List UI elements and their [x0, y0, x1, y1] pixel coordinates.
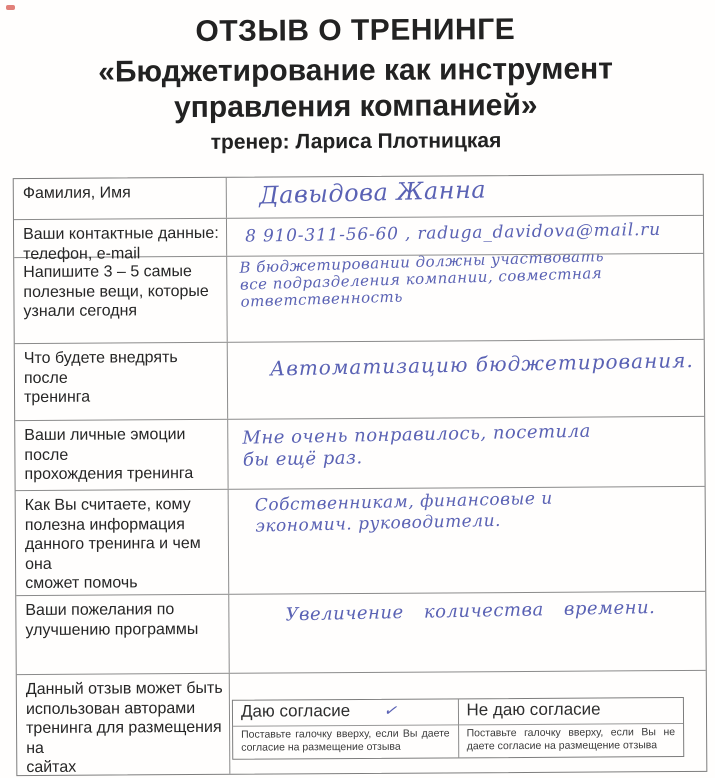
field-answer-cell-wishes: Увеличение количества времени. — [229, 592, 705, 673]
field-answer-cell-emotions: Мне очень понравилось, посетила бы ещё р… — [228, 417, 704, 489]
field-label-consent: Данный отзыв может быть использован авто… — [17, 674, 231, 775]
field-answer-cell-implement: Автоматизацию бюджетирования. — [228, 340, 704, 419]
consent-disagree-note: Поставьте галочку вверху, если Вы не дае… — [459, 724, 684, 758]
form-header: ОТЗЫВ О ТРЕНИНГЕ «Бюджетирование как инс… — [0, 0, 714, 156]
training-name-line2: управления компанией» — [0, 88, 713, 126]
consent-agree-header: Даю согласие ✓ — [233, 699, 458, 726]
field-answer-cell-audience: Собственникам, финансовые и экономич. ру… — [229, 487, 706, 594]
feedback-table: Фамилия, Имя Давыдова Жанна Ваши контакт… — [13, 174, 708, 776]
row-consent: Данный отзыв может быть использован авто… — [17, 671, 707, 775]
handwritten-audience: Собственникам, финансовые и экономич. ру… — [255, 487, 706, 538]
field-label-audience: Как Вы считаете, кому полезна информация… — [16, 490, 230, 595]
row-useful-things: Напишите 3 – 5 самые полезные вещи, кото… — [14, 254, 704, 344]
handwritten-useful-things: В бюджетировании должны участвовать все … — [239, 254, 703, 310]
row-surname: Фамилия, Имя Давыдова Жанна — [14, 175, 703, 220]
handwritten-wishes: Увеличение количества времени. — [285, 596, 705, 625]
field-label-useful-things: Напишите 3 – 5 самые полезные вещи, кото… — [14, 257, 228, 343]
row-audience: Как Вы считаете, кому полезна информация… — [16, 487, 706, 596]
handwritten-contacts: 8 910-311-56-60 , raduga_davidova@mail.r… — [245, 219, 703, 247]
field-label-wishes: Ваши пожелания по улучшению программы — [16, 595, 229, 674]
consent-agree-cell: Даю согласие ✓ Поставьте галочку вверху,… — [233, 699, 458, 759]
field-label-emotions: Ваши личные эмоции после прохождения тре… — [15, 420, 228, 490]
row-contacts: Ваши контактные данные: телефон, e-mail … — [14, 216, 703, 258]
field-answer-cell-consent: Даю согласие ✓ Поставьте галочку вверху,… — [230, 671, 707, 774]
handwritten-surname: Давыдова Жанна — [259, 175, 703, 210]
checkmark-icon: ✓ — [382, 700, 402, 720]
field-answer-cell-surname: Давыдова Жанна — [227, 175, 703, 218]
row-emotions: Ваши личные эмоции после прохождения тре… — [15, 417, 704, 491]
consent-agree-title: Даю согласие — [241, 701, 350, 721]
row-wishes: Ваши пожелания по улучшению программы Ув… — [16, 592, 705, 675]
consent-disagree-header: Не даю согласие — [458, 698, 683, 725]
row-implement: Что будете внедрять после тренинга Автом… — [15, 340, 704, 421]
field-answer-cell-contacts: 8 910-311-56-60 , raduga_davidova@mail.r… — [227, 216, 703, 256]
trainer-name: тренер: Лариса Плотницкая — [0, 128, 714, 156]
field-label-surname: Фамилия, Имя — [14, 178, 227, 219]
scanned-feedback-form: ОТЗЫВ О ТРЕНИНГЕ «Бюджетирование как инс… — [0, 0, 715, 778]
form-title: ОТЗЫВ О ТРЕНИНГЕ — [0, 12, 713, 50]
field-label-implement: Что будете внедрять после тренинга — [15, 343, 228, 420]
field-label-contacts: Ваши контактные данные: телефон, e-mail — [14, 219, 227, 257]
handwritten-implement: Автоматизацию бюджетирования. — [270, 348, 704, 381]
consent-agree-note: Поставьте галочку вверху, если Вы даете … — [233, 725, 458, 759]
training-name-line1: «Бюджетирование как инструмент — [0, 52, 713, 90]
field-answer-cell-useful-things: В бюджетировании должны участвовать все … — [227, 254, 704, 342]
handwritten-emotions: Мне очень понравилось, посетила бы ещё р… — [242, 418, 704, 470]
consent-disagree-title: Не даю согласие — [466, 700, 600, 720]
consent-subtable: Даю согласие ✓ Поставьте галочку вверху,… — [232, 697, 684, 760]
consent-disagree-cell: Не даю согласие Поставьте галочку вверху… — [457, 698, 683, 758]
sheet: ОТЗЫВ О ТРЕНИНГЕ «Бюджетирование как инс… — [0, 0, 715, 778]
